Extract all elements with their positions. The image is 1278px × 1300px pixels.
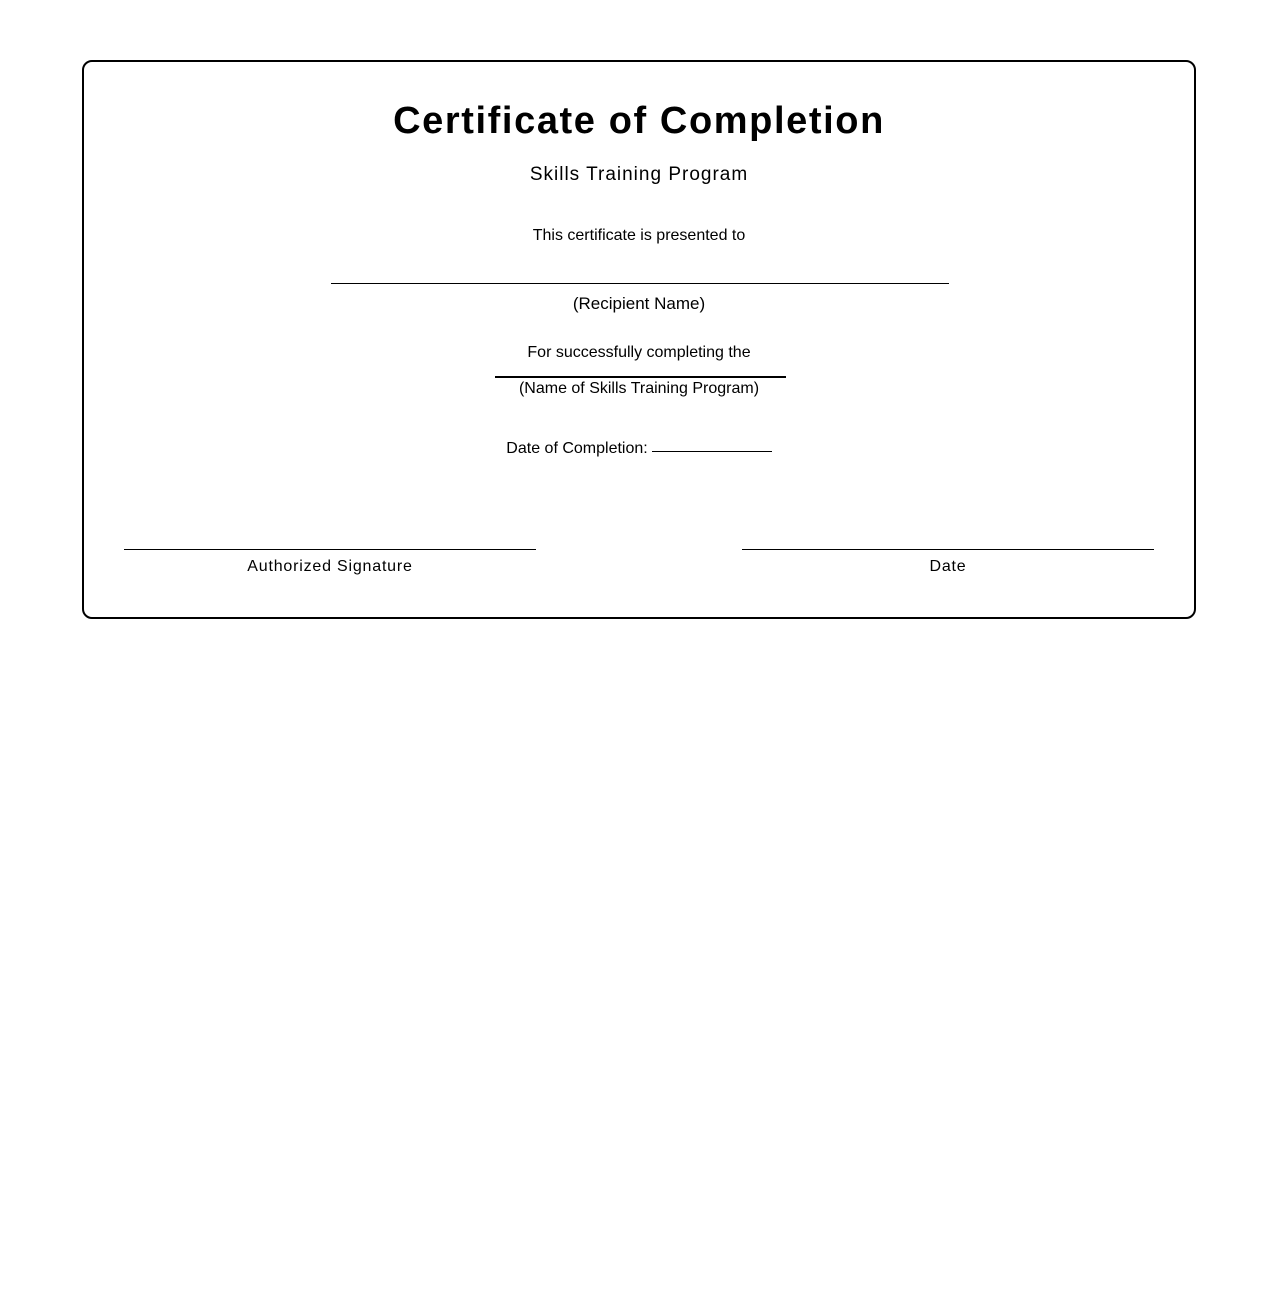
completing-text: For successfully completing the [84, 344, 1194, 362]
certificate-card: Certificate of Completion Skills Trainin… [82, 60, 1196, 619]
program-name-line [495, 376, 786, 378]
date-line [742, 549, 1154, 550]
date-of-completion-row: Date of Completion: [84, 440, 1194, 458]
certificate-title: Certificate of Completion [84, 100, 1194, 143]
recipient-name-label: (Recipient Name) [84, 294, 1194, 314]
date-block: Date [742, 549, 1154, 576]
certificate-subtitle: Skills Training Program [84, 164, 1194, 186]
signature-label: Authorized Signature [124, 558, 536, 576]
signature-line [124, 549, 536, 550]
presented-to-text: This certificate is presented to [84, 227, 1194, 245]
signature-block: Authorized Signature [124, 549, 536, 576]
date-of-completion-label: Date of Completion: [506, 440, 647, 457]
date-of-completion-line [652, 451, 772, 452]
program-name-label: (Name of Skills Training Program) [84, 380, 1194, 398]
date-label: Date [742, 558, 1154, 576]
recipient-name-line [331, 283, 949, 284]
